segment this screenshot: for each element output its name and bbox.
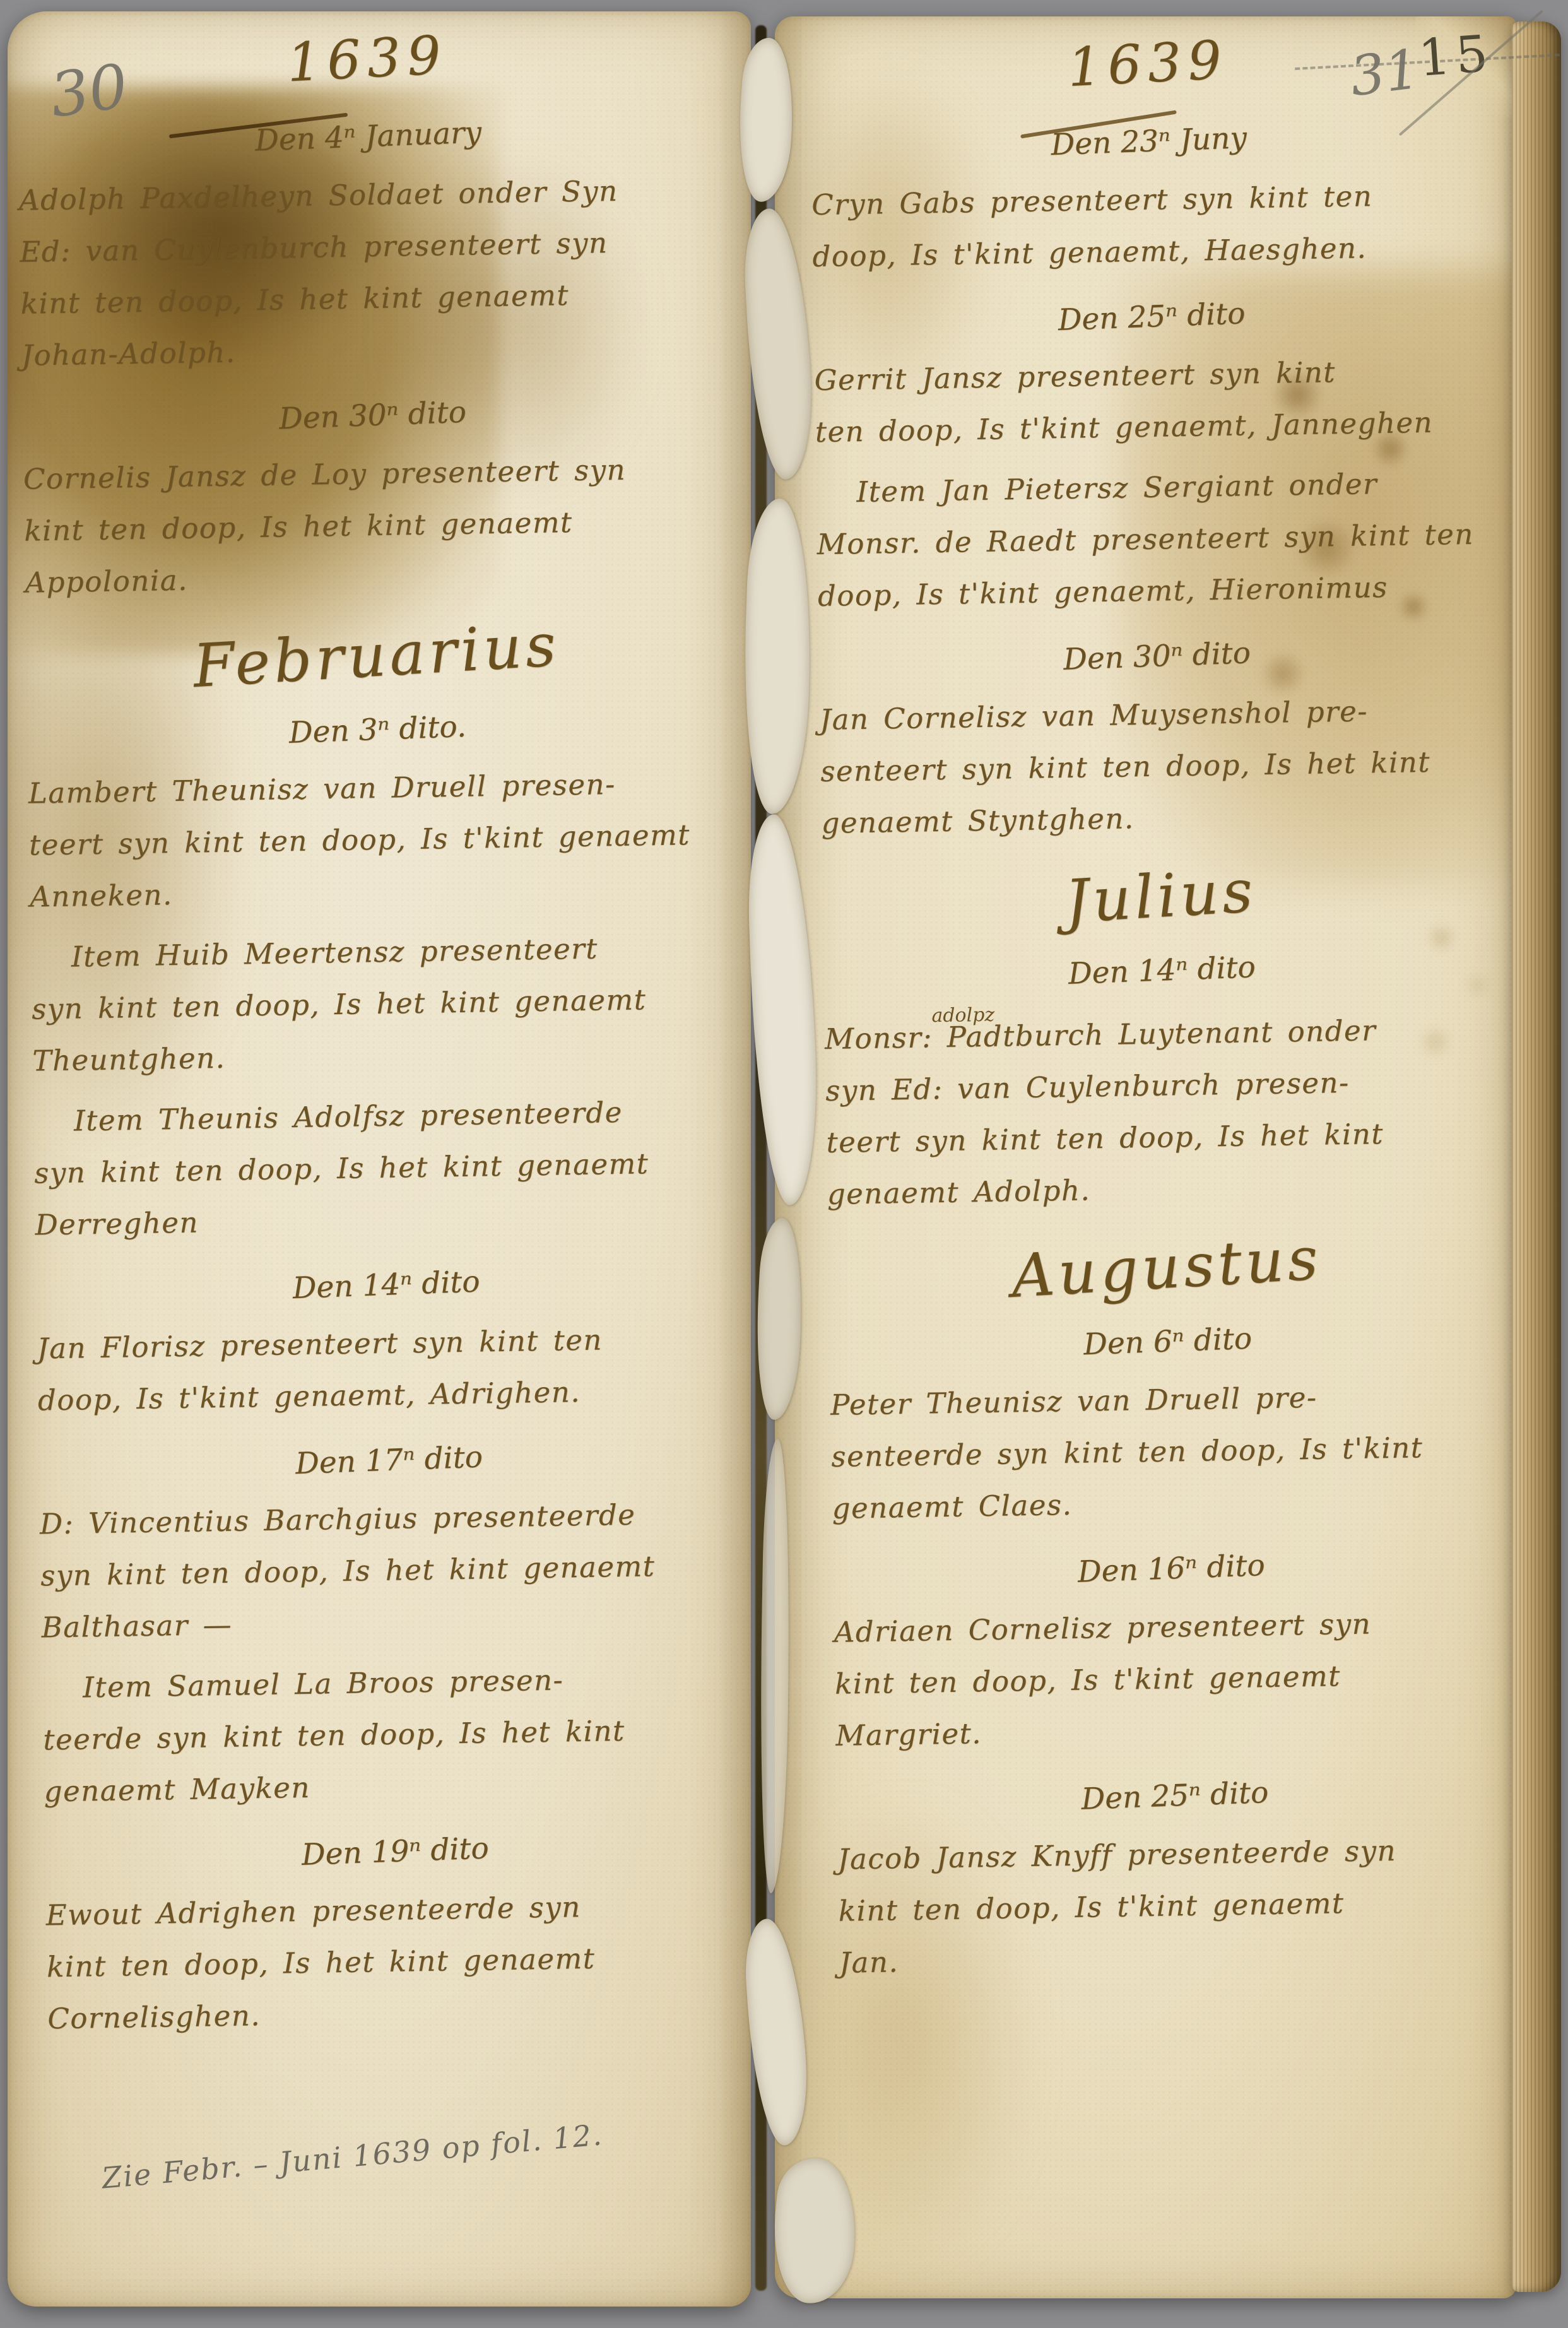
folio-number-print: 15 <box>1417 24 1495 88</box>
baptism-entry: D: Vincentius Barchgius presenteerde syn… <box>39 1487 742 1653</box>
date-heading: Den 16ⁿ dito <box>832 1531 1510 1607</box>
baptism-entry: Item Huib Meertensz presenteert syn kint… <box>30 921 733 1087</box>
left-page: 1639 Den 4ⁿ January Adolph Paxdelheyn So… <box>8 11 751 2307</box>
date-heading: Den 25ⁿ dito <box>813 279 1490 355</box>
stacked-leaves-texture <box>1512 21 1561 2292</box>
baptism-entry: Cryn Gabs presenteert syn kint ten doop,… <box>811 168 1489 283</box>
baptism-entry: Cornelis Jansz de Loy presenteert syn ki… <box>23 442 726 608</box>
right-page: 1639 Den 23ⁿ Juny Cryn Gabs presenteert … <box>775 16 1517 2298</box>
left-page-content: 1639 Den 4ⁿ January Adolph Paxdelheyn So… <box>8 11 751 2307</box>
baptism-entry: Item Samuel La Broos presen- teerde syn … <box>42 1651 745 1817</box>
date-heading: Den 30ⁿ dito <box>818 618 1495 695</box>
baptism-entry: Adolph Paxdelheyn Soldaet onder Syn Ed: … <box>18 163 722 381</box>
baptism-entry: Adriaen Cornelisz presenteert syn kint t… <box>834 1596 1512 1762</box>
baptism-entry: Jan Cornelisz van Muysenshol pre- sentee… <box>819 683 1498 849</box>
baptism-entry: Monsr: Padtburch Luytenant onder syn Ed:… <box>824 1003 1504 1220</box>
date-heading: Den 19ⁿ dito <box>44 1814 746 1891</box>
month-heading: Augustus <box>827 1214 1507 1322</box>
date-heading: Den 17ⁿ dito <box>38 1422 740 1500</box>
baptism-entry: Item Theunis Adolfsz presenteerde syn ki… <box>33 1085 736 1251</box>
date-heading: Den 14ⁿ dito <box>35 1247 737 1325</box>
baptism-entry: Lambert Theunisz van Druell presen- teer… <box>28 757 731 923</box>
folio-number-pencil-right: 31 <box>1347 38 1423 109</box>
right-page-content: 1639 Den 23ⁿ Juny Cryn Gabs presenteert … <box>775 16 1517 2298</box>
baptism-entry: Jan Florisz presenteert syn kint ten doo… <box>37 1312 738 1426</box>
date-heading: Den 23ⁿ Juny <box>810 103 1488 180</box>
baptism-entry: Jacob Jansz Knyff presenteerde syn kint … <box>837 1823 1516 1989</box>
book-fore-edge <box>1512 21 1561 2292</box>
baptism-entry: Peter Theunisz van Druell pre- senteerde… <box>830 1369 1509 1535</box>
date-heading: Den 25ⁿ dito <box>836 1758 1514 1835</box>
baptism-entry: Item Jan Pietersz Sergiant onder Monsr. … <box>816 456 1495 622</box>
baptism-entry: Gerrit Jansz presenteert syn kint ten do… <box>814 344 1492 458</box>
baptism-entry: Ewout Adrighen presenteerde syn kint ten… <box>45 1879 748 2045</box>
date-heading: Den 30ⁿ dito <box>21 377 723 455</box>
month-heading: Julius <box>821 843 1500 951</box>
folio-number-pencil-left: 30 <box>46 50 133 131</box>
